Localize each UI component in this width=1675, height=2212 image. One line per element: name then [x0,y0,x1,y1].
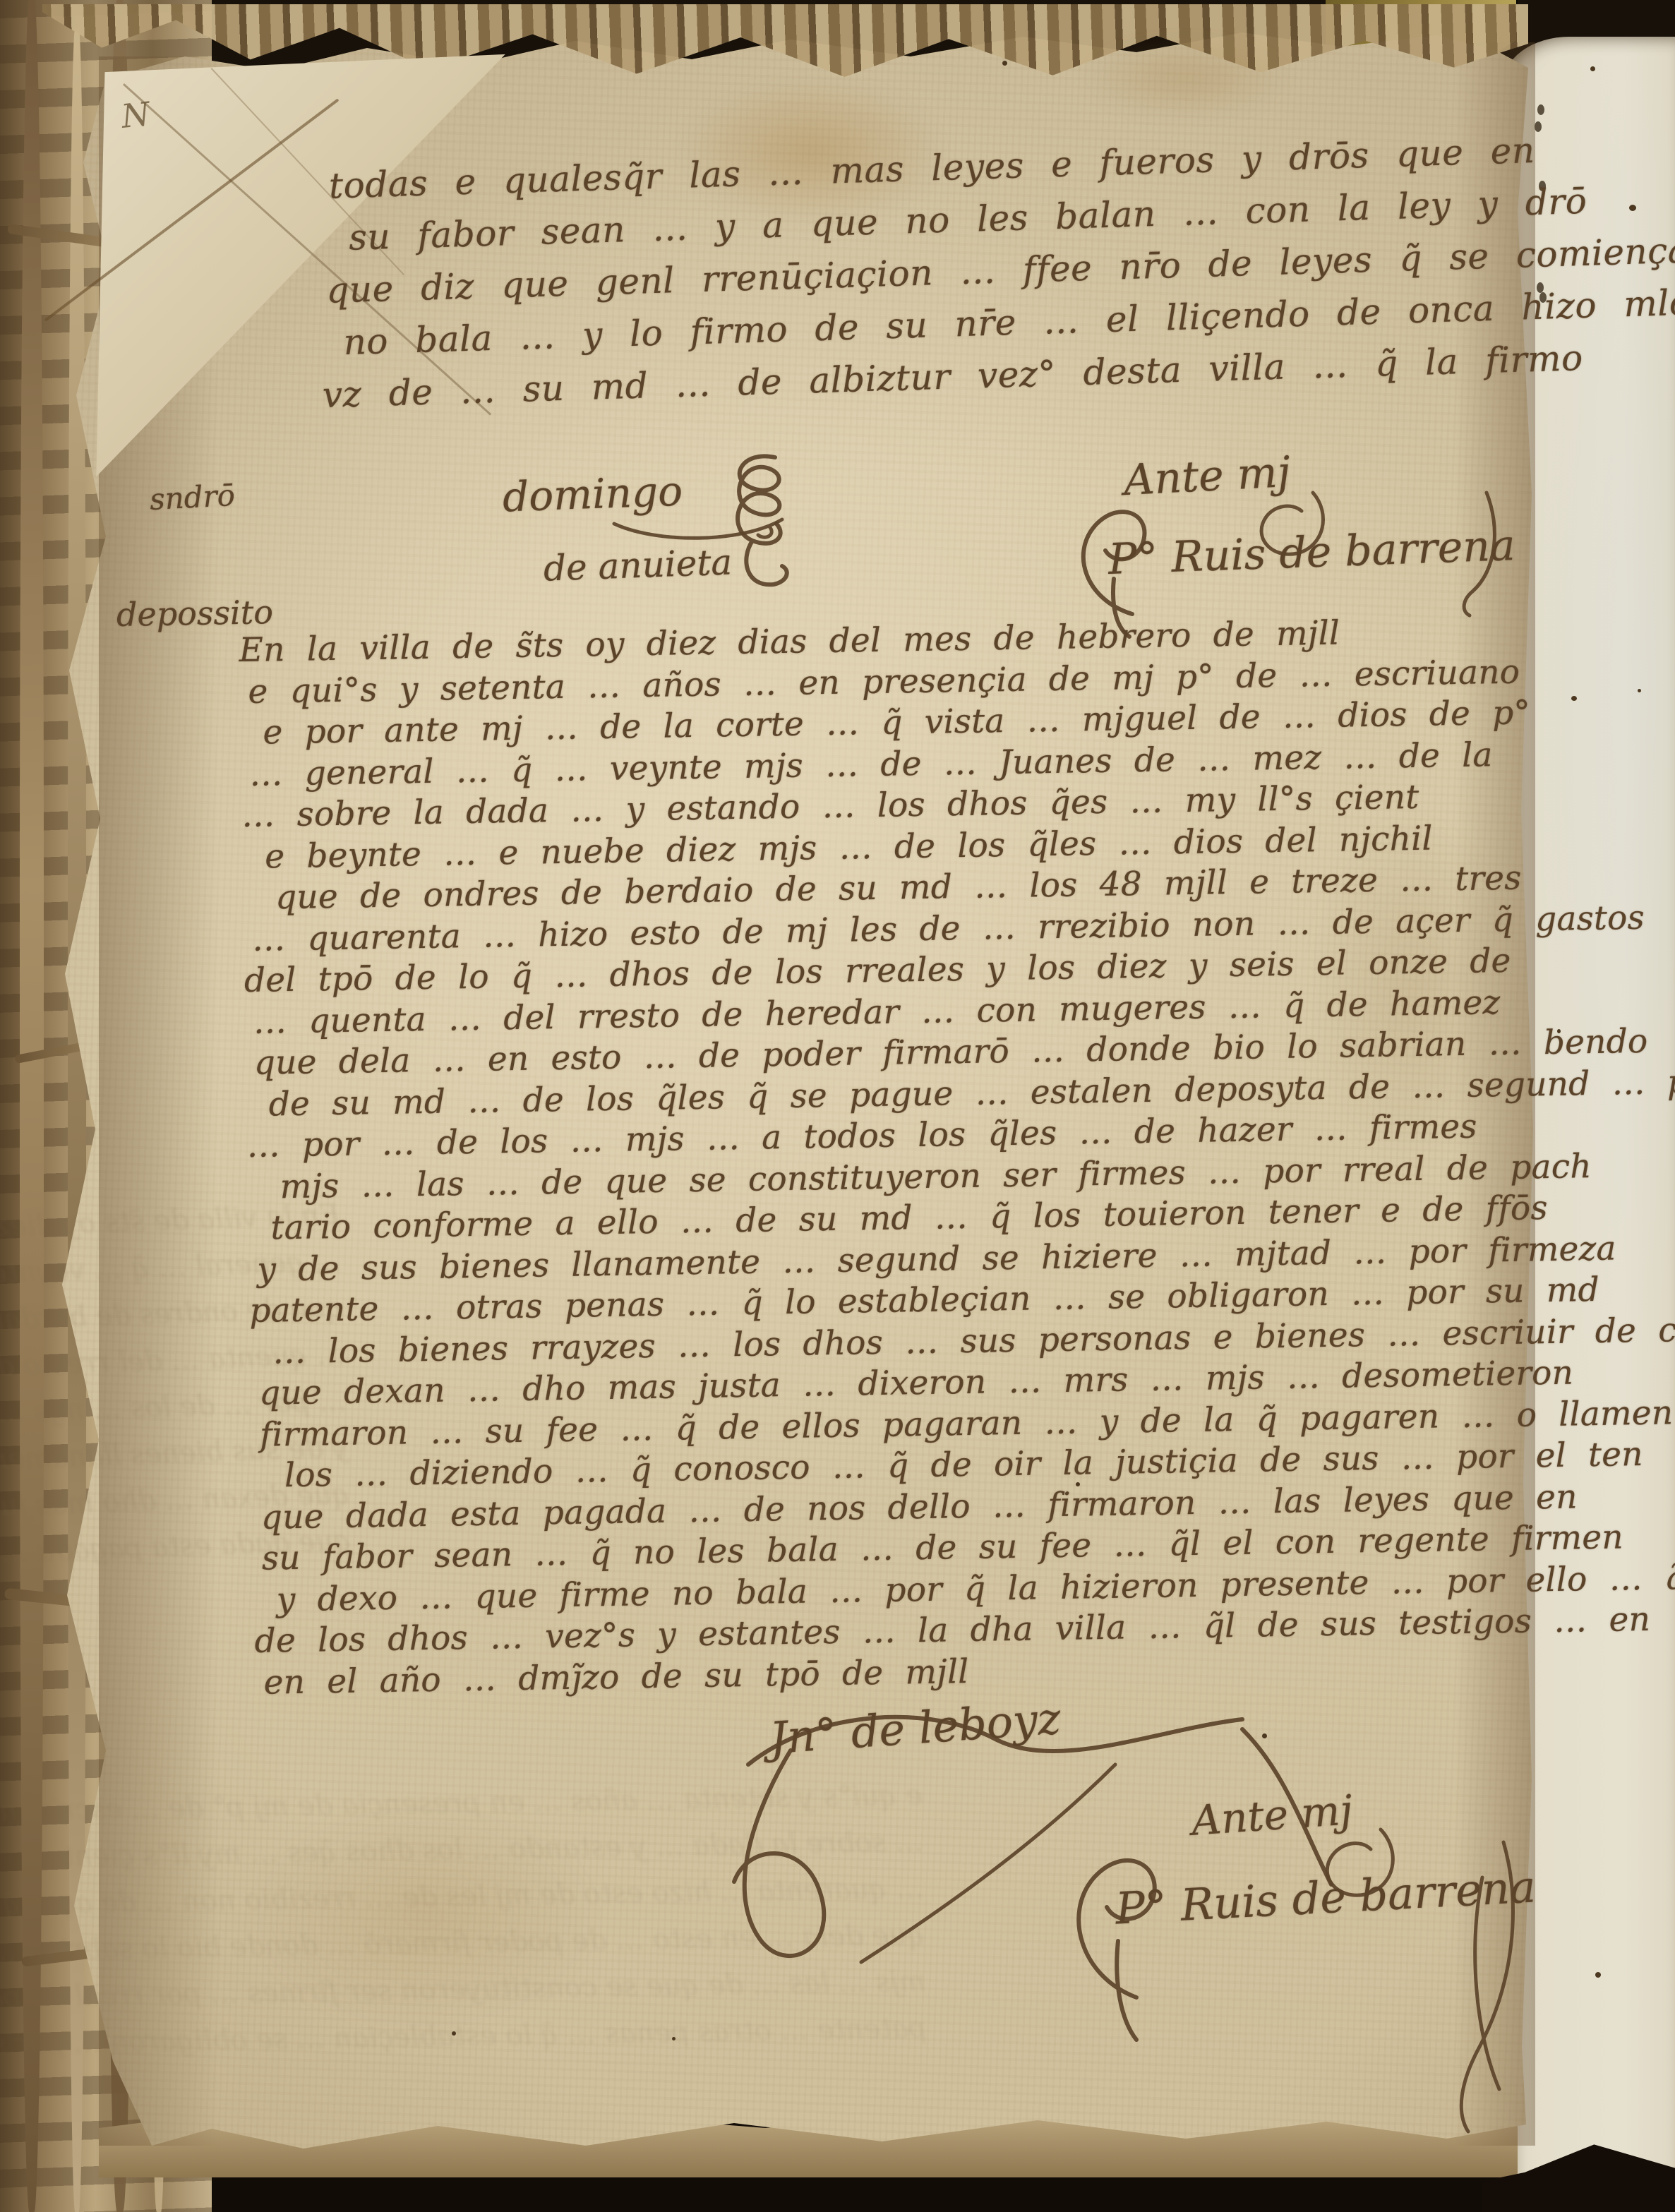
ink-stain [1080,35,1292,120]
signature-domingo-line1: domingo [502,467,683,522]
header-paragraph: todas e qualesq̃r las … mas leyes e fuer… [328,120,1675,421]
fox-spot [1590,66,1595,71]
descender-flourish [833,1750,1129,1983]
margin-note: sndrō [149,478,236,517]
fox-spot [1557,1029,1561,1033]
fox-spot [1571,696,1577,701]
ink-speck [1002,61,1007,66]
binding-streak [20,0,44,2212]
ink-speck [452,2031,456,2036]
body-paragraph: En la villa de s̃ts oy diez dias del mes… [247,606,1675,1703]
fox-spot [1638,689,1641,692]
manuscript-photo: En la villa de s̃ts oy diez dias del mes… [0,0,1675,2212]
signature-long-tail-flourish [1440,1835,1525,2139]
margin-note-deposito: depossito [116,593,274,634]
sewing-hole [1537,104,1544,115]
corner-letter-mark: N [119,95,152,136]
fox-spot [1629,205,1636,211]
ink-speck [1262,1733,1267,1738]
signature-tail-flourish [1455,486,1505,620]
fox-spot [1595,1972,1601,1978]
rubric-paraph-icon [714,446,813,623]
ink-speck [1076,1482,1080,1486]
ink-speck [672,2037,676,2040]
